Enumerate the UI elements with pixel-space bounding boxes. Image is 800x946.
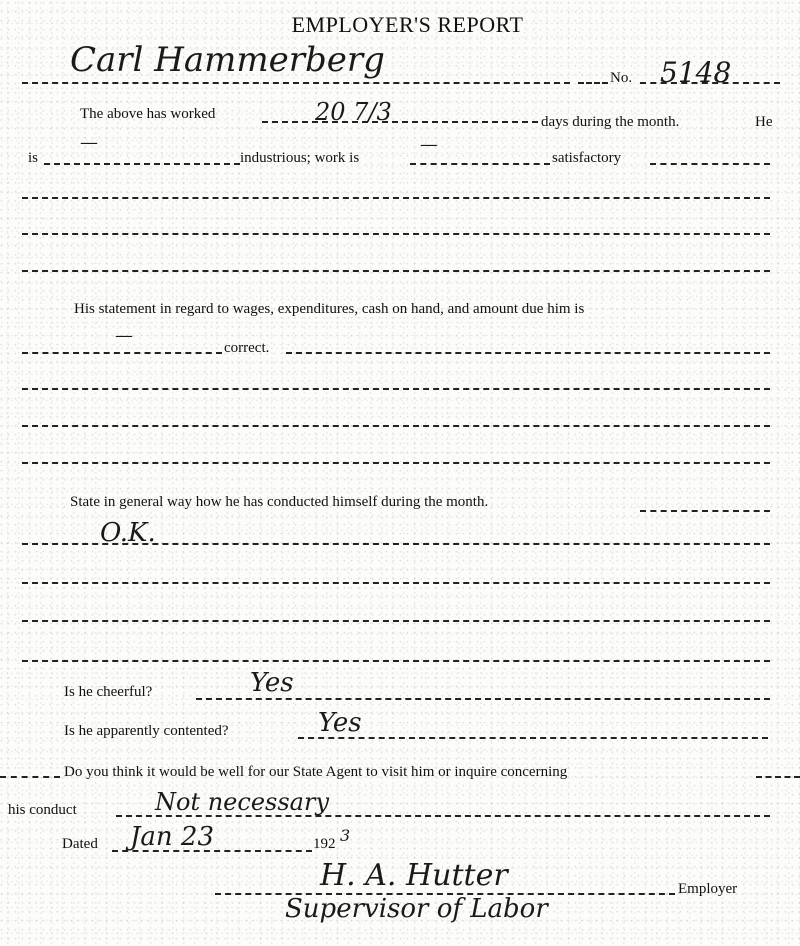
form-title: EMPLOYER'S REPORT <box>0 12 800 38</box>
worked-label: The above has worked <box>80 106 215 123</box>
visit-value: Not necessary <box>155 788 329 816</box>
statement-value: — <box>115 325 133 346</box>
employer-signature: H. A. Hutter <box>320 858 508 893</box>
work-value: — <box>420 134 438 155</box>
year-suffix: 3 <box>340 826 350 845</box>
employee-name: Carl Hammerberg <box>70 40 385 80</box>
his-conduct-label: his conduct <box>8 802 77 819</box>
days-label: days during the month. <box>541 114 679 131</box>
statement-label: His statement in regard to wages, expend… <box>74 301 584 318</box>
is-label: is <box>28 150 38 167</box>
cheerful-label: Is he cheerful? <box>64 684 152 701</box>
satisfactory-label: satisfactory <box>552 150 621 167</box>
conduct-label: State in general way how he has conducte… <box>70 494 488 511</box>
year-prefix: 192 <box>313 836 336 853</box>
visit-label: Do you think it would be well for our St… <box>64 764 567 781</box>
contented-value: Yes <box>318 708 362 738</box>
dated-label: Dated <box>62 836 98 853</box>
contented-label: Is he apparently contented? <box>64 723 229 740</box>
he-label: He <box>755 114 773 131</box>
industrious-value: — <box>80 132 98 153</box>
cheerful-value: Yes <box>250 668 294 698</box>
number-label: No. <box>610 70 632 87</box>
industrious-label: industrious; work is <box>240 150 359 167</box>
report-number: 5148 <box>660 56 731 89</box>
employer-label: Employer <box>678 881 737 898</box>
days-worked-value: 20 7/3 <box>315 98 392 126</box>
signature-title: Supervisor of Labor <box>285 894 548 924</box>
dated-value: Jan 23 <box>130 822 214 852</box>
correct-label: correct. <box>224 340 269 357</box>
